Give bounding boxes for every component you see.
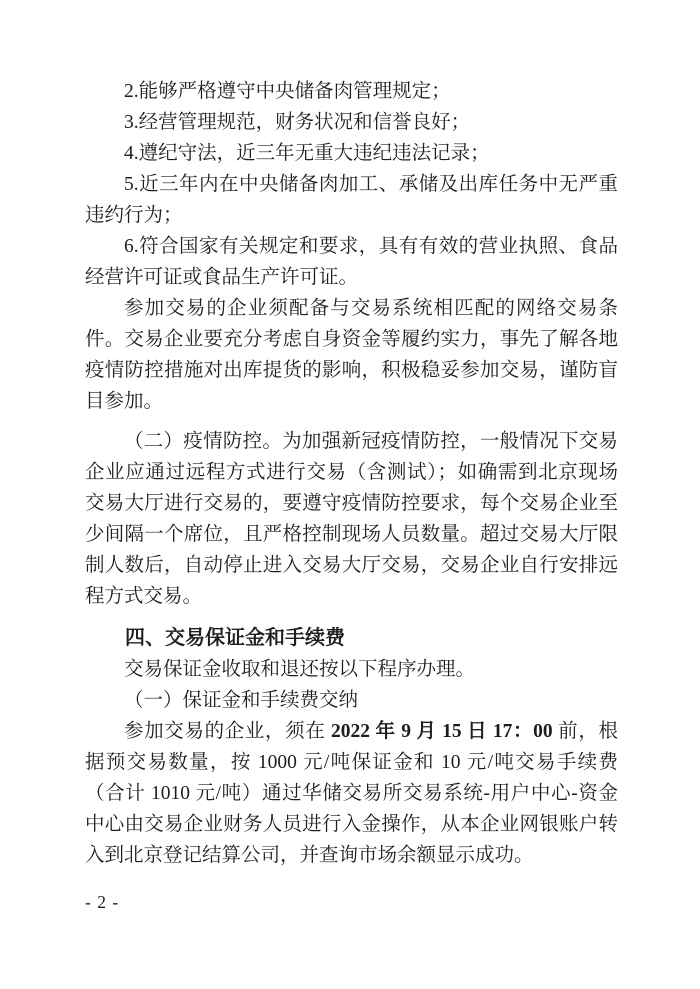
condition-item-5: 5.近三年内在中央储备肉加工、承储及出库任务中无严重违约行为； <box>85 169 618 231</box>
document-content: 2.能够严格遵守中央储备肉管理规定； 3.经营管理规范，财务状况和信誉良好； 4… <box>85 76 618 871</box>
paragraph-network-requirements: 参加交易的企业须配备与交易系统相匹配的网络交易条件。交易企业要充分考虑自身资金等… <box>85 293 618 417</box>
paragraph-payment: 参加交易的企业，须在 2022 年 9 月 15 日 17：00 前，根据预交易… <box>85 716 618 871</box>
condition-item-4: 4.遵纪守法，近三年无重大违纪违法记录； <box>85 138 618 169</box>
document-page: 2.能够严格遵守中央储备肉管理规定； 3.经营管理规范，财务状况和信誉良好； 4… <box>0 0 700 989</box>
condition-item-6: 6.符合国家有关规定和要求，具有有效的营业执照、食品经营许可证或食品生产许可证。 <box>85 231 618 293</box>
payment-text-before: 参加交易的企业，须在 <box>124 721 331 742</box>
page-number: - 2 - <box>85 892 119 913</box>
paragraph-fees-intro: 交易保证金收取和退还按以下程序办理。 <box>85 654 618 685</box>
payment-text-after: 前，根据预交易数量，按 1000 元/吨保证金和 10 元/吨交易手续费（合计 … <box>85 721 618 866</box>
section-heading-fees: 四、交易保证金和手续费 <box>85 623 618 654</box>
condition-item-2: 2.能够严格遵守中央储备肉管理规定； <box>85 76 618 107</box>
paragraph-epidemic-control: （二）疫情防控。为加强新冠疫情防控，一般情况下交易企业应通过远程方式进行交易（含… <box>85 426 618 612</box>
payment-deadline: 2022 年 9 月 15 日 17：00 <box>331 721 553 742</box>
condition-item-3: 3.经营管理规范，财务状况和信誉良好； <box>85 107 618 138</box>
subheading-payment: （一）保证金和手续费交纳 <box>85 685 618 716</box>
